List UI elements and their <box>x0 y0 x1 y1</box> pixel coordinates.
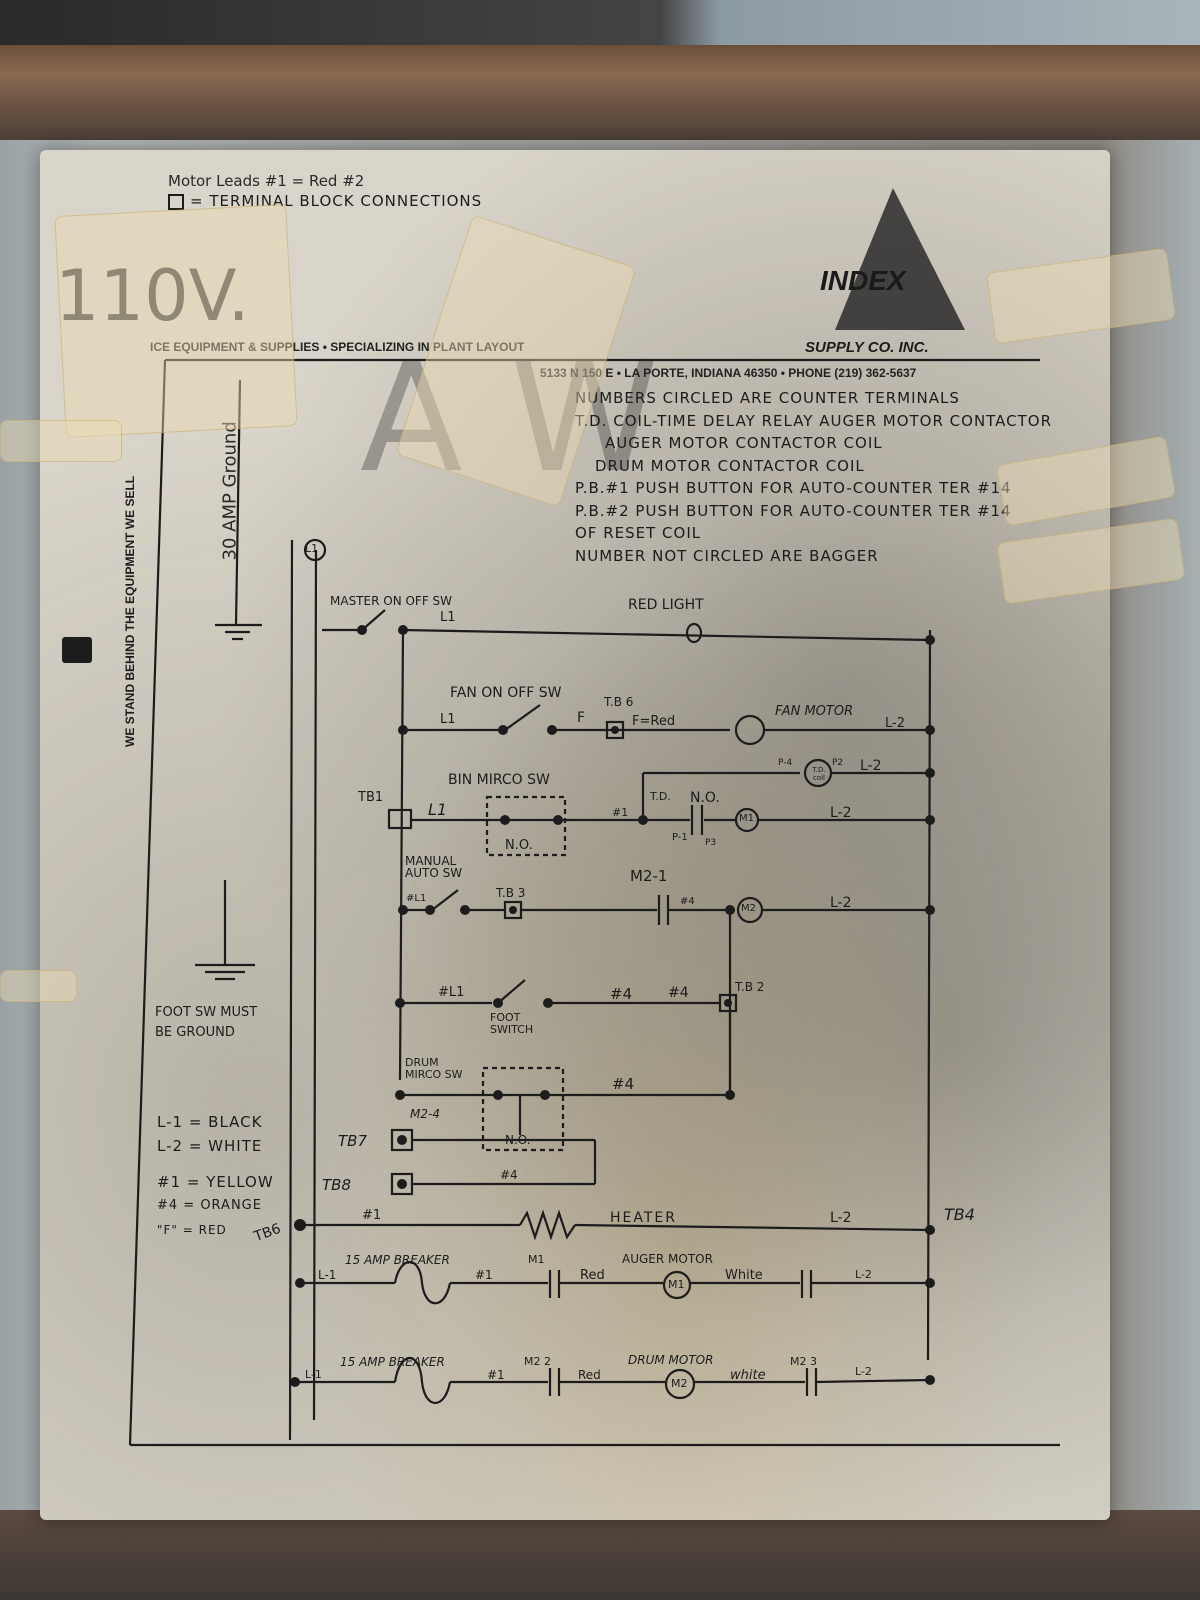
drum-red-label: Red <box>578 1368 601 1382</box>
legend-note: NUMBERS CIRCLED ARE COUNTER TERMINALS <box>575 387 1052 410</box>
drum-l1-label: L-1 <box>305 1368 322 1381</box>
red-light-label: RED LIGHT <box>628 597 704 613</box>
drum-breaker-label: 15 AMP BREAKER <box>340 1355 445 1369</box>
m2-coil-label: M2 <box>741 903 756 914</box>
foot-wire2-label: #4 <box>610 985 632 1003</box>
foot-switch-label: FOOT SWITCH <box>490 1012 550 1036</box>
legend-note: P.B.#2 PUSH BUTTON FOR AUTO-COUNTER TER … <box>575 500 1052 523</box>
drum-contact-m2-label: M2 2 <box>524 1355 551 1368</box>
drum-wire-label: #4 <box>612 1075 634 1093</box>
legend-note: NUMBER NOT CIRCLED ARE BAGGER <box>575 545 1052 568</box>
p1-label: P-1 <box>672 832 688 843</box>
manual-wire2-label: #4 <box>680 896 695 907</box>
terminal-block-icon <box>168 194 184 210</box>
bin-switch-label: BIN MIRCO SW <box>448 772 550 788</box>
p2-label: P2 <box>832 758 843 768</box>
tb7-label: TB7 <box>338 1132 367 1150</box>
drum-switch-label: DRUM MIRCO SW <box>405 1057 475 1081</box>
bin-wire-label: L1 <box>428 800 447 819</box>
master-wire-label: L1 <box>440 610 456 625</box>
tape-strip <box>54 204 297 438</box>
foot-note-line: BE GROUND <box>155 1023 257 1043</box>
drum-contact-label: N.O. <box>505 1133 531 1147</box>
auger-breaker-label: 15 AMP BREAKER <box>345 1253 450 1267</box>
manual-switch-label: MANUAL AUTO SW <box>405 855 475 879</box>
fan-motor-label: FAN MOTOR <box>775 704 853 719</box>
auger-motor-label: AUGER MOTOR <box>622 1252 713 1266</box>
tb3-label: T.B 3 <box>496 886 525 900</box>
foot-wire-label: #L1 <box>438 985 464 1000</box>
p3-label: P3 <box>705 838 716 848</box>
heater-return-label: L-2 <box>830 1210 852 1226</box>
legend-notes: NUMBERS CIRCLED ARE COUNTER TERMINALS T.… <box>575 387 1052 567</box>
td-label: T.D. <box>650 790 671 803</box>
legend-note: OF RESET COIL <box>575 522 1052 545</box>
fan-f-label: F <box>577 710 585 726</box>
bin-return-label: L-2 <box>830 805 852 821</box>
drum-wire2-label: #4 <box>500 1168 518 1182</box>
tb6-label: T.B 6 <box>604 695 633 709</box>
wire-color-1: #1 = YELLOW <box>157 1170 274 1194</box>
wire-color-legend: L-1 = BLACK L-2 = WHITE #1 = YELLOW #4 =… <box>157 1110 274 1242</box>
drum-m2-label: M2 <box>671 1377 688 1390</box>
heater-label: HEATER <box>610 1210 677 1226</box>
fan-wire-label: L1 <box>440 712 456 727</box>
drum-return-label: L-2 <box>855 1365 872 1378</box>
foot-wire3-label: #4 <box>668 985 689 1001</box>
tb8-label: TB8 <box>322 1176 351 1194</box>
m2-1-label: M2-1 <box>630 867 667 885</box>
legend-note: T.D. COIL-TIME DELAY RELAY AUGER MOTOR C… <box>575 410 1052 433</box>
td-return-label: L-2 <box>860 758 882 774</box>
td-contact-label: N.O. <box>690 790 720 806</box>
auger-l1-label: L-1 <box>318 1268 336 1282</box>
drum-contact2-label: M2 3 <box>790 1355 817 1368</box>
master-switch-label: MASTER ON OFF SW <box>330 594 452 608</box>
auger-white-label: White <box>725 1268 763 1283</box>
fan-return-label: L-2 <box>885 716 905 731</box>
tb4-label: TB4 <box>944 1205 975 1224</box>
auger-return-label: L-2 <box>855 1268 872 1281</box>
motor-leads-note: Motor Leads #1 = Red #2 <box>168 172 364 190</box>
side-logo-badge <box>62 637 92 663</box>
tape-strip <box>0 970 77 1002</box>
tape-strip <box>0 420 122 462</box>
heater-wire-label: #1 <box>362 1208 381 1223</box>
drum-white-label: white <box>730 1368 766 1383</box>
wire-color-l1: L-1 = BLACK <box>157 1110 274 1134</box>
legend-note: DRUM MOTOR CONTACTOR COIL <box>575 455 1052 478</box>
drum-motor-label: DRUM MOTOR <box>628 1353 713 1367</box>
wire-color-4: #4 = ORANGE <box>157 1194 274 1218</box>
drum-wire2-label2: #1 <box>487 1368 505 1382</box>
legend-note: AUGER MOTOR CONTACTOR COIL <box>575 432 1052 455</box>
manual-return-label: L-2 <box>830 895 852 911</box>
fan-wire-color: F=Red <box>632 714 675 729</box>
td-coil-label: T.D. coil <box>806 766 832 782</box>
m2-4-label: M2-4 <box>410 1107 440 1121</box>
bin-wire2-label: #1 <box>612 806 628 819</box>
fan-switch-label: FAN ON OFF SW <box>450 685 562 701</box>
p4-label: P-4 <box>778 758 792 768</box>
manual-wire-label: #L1 <box>406 893 426 904</box>
tb2-label: T.B 2 <box>735 980 765 994</box>
tb1-label: TB1 <box>358 790 383 805</box>
legend-note: P.B.#1 PUSH BUTTON FOR AUTO-COUNTER TER … <box>575 477 1052 500</box>
auger-wire2-label: #1 <box>475 1268 493 1282</box>
auger-contact-label: M1 <box>528 1253 545 1266</box>
auger-m1-label: M1 <box>668 1278 685 1291</box>
m1-coil-label: M1 <box>739 813 754 824</box>
l1-terminal-label: L1 <box>305 542 318 555</box>
foot-note: FOOT SW MUST BE GROUND <box>155 1003 257 1043</box>
auger-red-label: Red <box>580 1268 605 1283</box>
wire-color-l2: L-2 = WHITE <box>157 1134 274 1158</box>
bin-contact-label: N.O. <box>505 838 533 853</box>
foot-note-line: FOOT SW MUST <box>155 1003 257 1023</box>
